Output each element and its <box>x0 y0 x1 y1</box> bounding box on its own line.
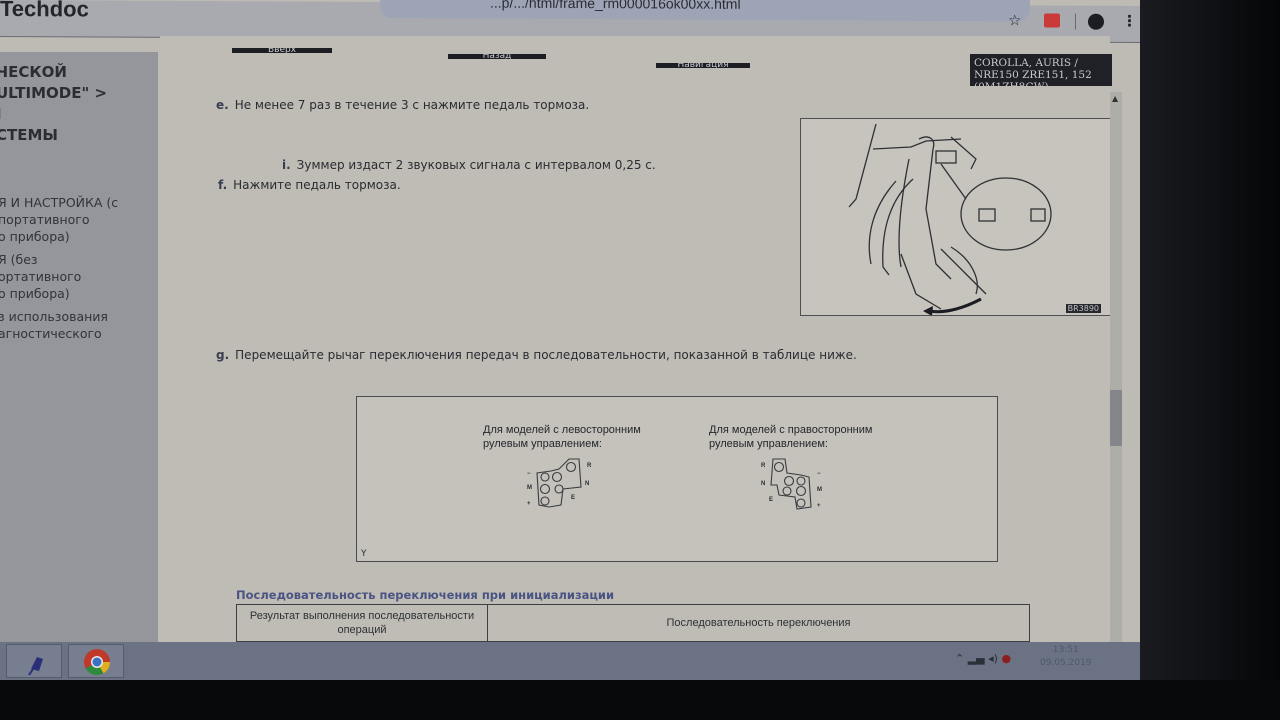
svg-text:R: R <box>587 463 592 469</box>
model-badge: COROLLA, AURIS / NRE150 ZRE151, 152 (0М1… <box>970 54 1112 86</box>
monitor-screen: Techdoc ...p/.../html/frame_rm000016ok00… <box>0 0 1145 680</box>
svg-text:+: + <box>817 503 821 509</box>
sidebar-item-without-diagnostic[interactable]: з использования агностического <box>0 308 158 342</box>
volume-icon[interactable]: ◂) <box>988 652 998 665</box>
profile-icon[interactable] <box>1088 14 1104 30</box>
taskbar-pinned-app[interactable] <box>6 644 62 678</box>
step-e: e.Не менее 7 раз в течение 3 с нажмите п… <box>216 98 589 112</box>
step-g: g.Перемещайте рычаг переключения передач… <box>216 348 857 362</box>
svg-text:N: N <box>585 481 589 487</box>
svg-text:E: E <box>571 495 575 501</box>
rhd-gate-icon: RNE −M+ <box>759 455 849 517</box>
sidebar-item-init-without-tester[interactable]: Я (без ортативного о прибора) <box>0 251 158 302</box>
scrollbar-thumb[interactable] <box>1110 390 1122 446</box>
column-header-sequence: Последовательность переключения <box>488 605 1030 642</box>
antivirus-icon[interactable]: ● <box>1001 652 1011 665</box>
extension-icon[interactable] <box>1044 13 1060 27</box>
star-icon[interactable]: ☆ <box>1008 11 1021 29</box>
toolbar-divider <box>1075 14 1076 30</box>
system-tray[interactable]: ⌃ ▂▄ ◂) ● <box>955 652 1011 665</box>
rhd-shift-pattern: Для моделей с правосторонним рулевым упр… <box>709 423 872 521</box>
monitor-bezel-bottom <box>0 680 1280 720</box>
tray-arrow-icon[interactable]: ⌃ <box>955 652 964 665</box>
scroll-up-arrow-icon[interactable]: ▲ <box>1112 94 1118 103</box>
app-title: Techdoc <box>0 0 89 22</box>
figure-code: BR3890 <box>1066 304 1101 313</box>
sidebar: ЧЕСКОЙ ULTIMODE" > I СТЕМЫ Я И НАСТРОЙКА… <box>0 52 158 642</box>
taskbar: ⌃ ▂▄ ◂) ● 13:51 09.05.2019 <box>0 642 1145 680</box>
sidebar-heading[interactable]: ЧЕСКОЙ ULTIMODE" > I СТЕМЫ <box>0 62 158 146</box>
sequence-section-title: Последовательность переключения при иниц… <box>236 588 614 602</box>
table-header-row: Результат выполнения последовательности … <box>237 605 1030 642</box>
sequence-table: Результат выполнения последовательности … <box>236 604 1030 642</box>
svg-text:N: N <box>761 481 765 487</box>
nav-back-link[interactable]: Назад <box>448 54 546 59</box>
svg-text:M: M <box>527 485 532 491</box>
svg-text:−: − <box>527 471 531 477</box>
vertical-scrollbar[interactable]: ▲ <box>1110 92 1122 642</box>
step-f: f.Нажмите педаль тормоза. <box>218 178 401 192</box>
column-header-result: Результат выполнения последовательности … <box>237 605 488 642</box>
document-nav: Вверх Назад Навигация <box>230 48 770 78</box>
lhd-gate-icon: RNE −M+ <box>527 455 617 517</box>
nav-up-link[interactable]: Вверх <box>232 48 332 53</box>
lhd-shift-pattern: Для моделей с левосторонним рулевым упра… <box>483 423 641 521</box>
svg-text:R: R <box>761 463 766 469</box>
document-content: Вверх Назад Навигация COROLLA, AURIS / N… <box>160 36 1110 642</box>
address-bar[interactable]: ...p/.../html/frame_rm000016ok00xx.html <box>380 0 1030 21</box>
svg-text:E: E <box>769 497 773 503</box>
shift-gate-diagram: Для моделей с левосторонним рулевым упра… <box>356 396 998 562</box>
diagram-corner-mark: Y <box>361 549 367 559</box>
chrome-icon <box>69 645 125 679</box>
svg-text:+: + <box>527 501 531 507</box>
url-text[interactable]: ...p/.../html/frame_rm000016ok00xx.html <box>490 0 741 12</box>
pin-app-icon <box>7 645 63 679</box>
step-e-i: i.Зуммер издаст 2 звуковых сигнала с инт… <box>282 158 656 172</box>
brake-pedal-figure: BR3890 <box>800 118 1112 316</box>
svg-text:M: M <box>817 487 822 493</box>
svg-text:−: − <box>817 471 821 477</box>
brake-pedal-illustration <box>801 119 1111 315</box>
network-icon[interactable]: ▂▄ <box>968 652 985 665</box>
nav-navigation-link[interactable]: Навигация <box>656 63 750 68</box>
menu-icon[interactable]: ⋮ <box>1122 12 1137 30</box>
taskbar-chrome[interactable] <box>68 644 124 678</box>
sidebar-item-init-with-tester[interactable]: Я И НАСТРОЙКА (с портативного о прибора) <box>0 194 158 245</box>
monitor-bezel <box>1140 0 1280 720</box>
taskbar-clock[interactable]: 13:51 09.05.2019 <box>1040 644 1092 670</box>
